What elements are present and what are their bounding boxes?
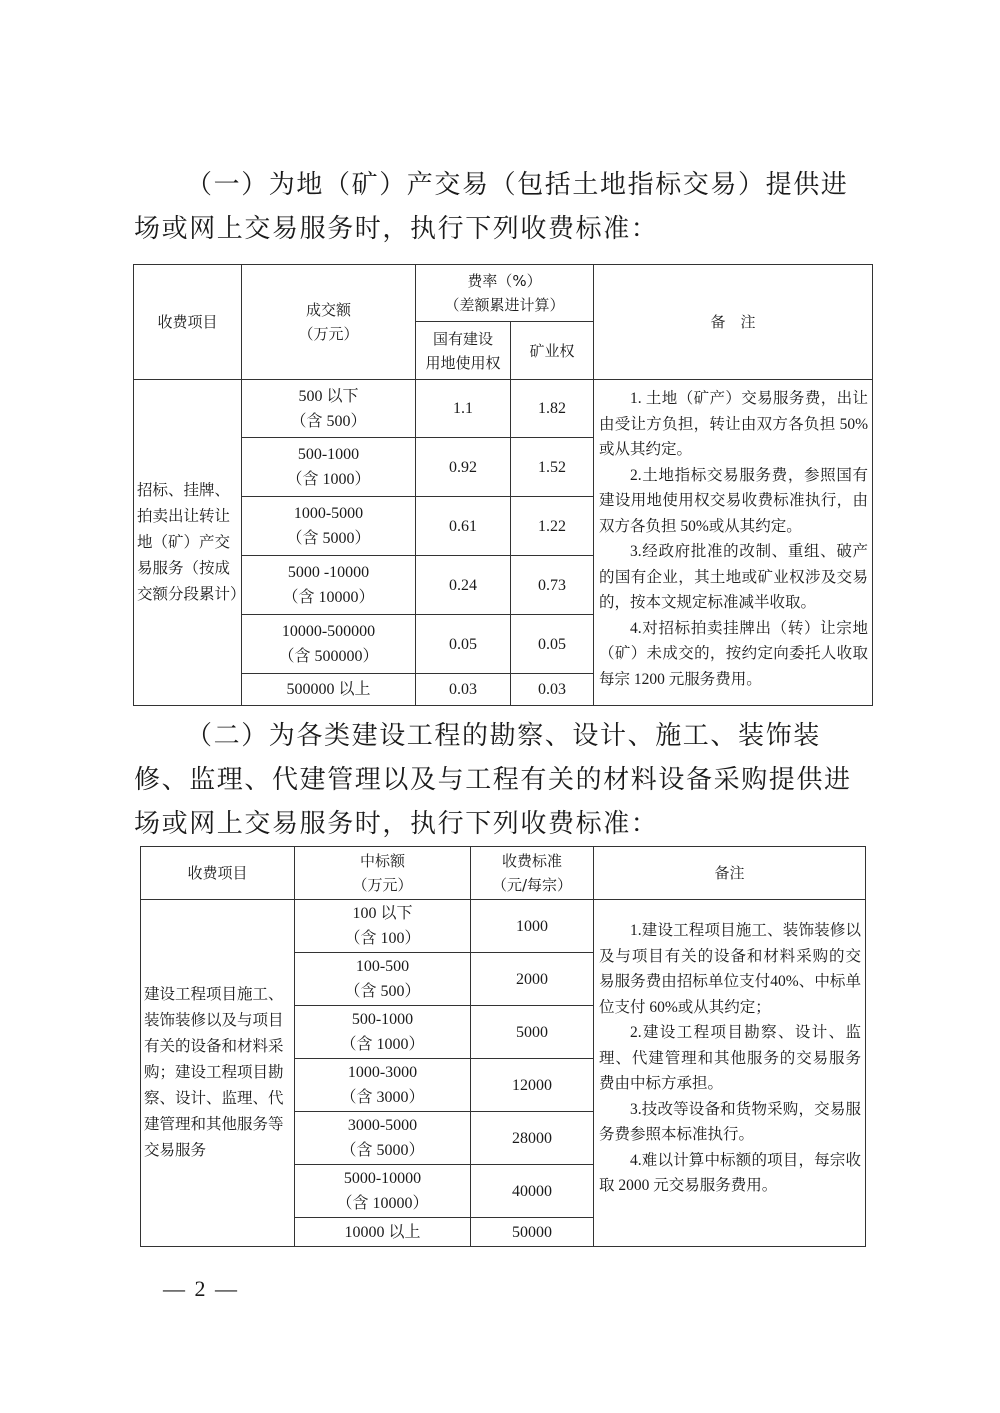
page-number: — 2 — <box>163 1276 239 1302</box>
fee-cell: 1000 <box>471 900 594 953</box>
land-rate-cell: 1.1 <box>416 380 511 438</box>
header-amount-line2: （万元） <box>295 873 470 897</box>
header-amount: 成交额 （万元） <box>242 265 416 380</box>
range-line1: 1000-3000 <box>295 1060 470 1085</box>
range-cell: 500-1000（含 1000） <box>295 1006 471 1059</box>
header-fee: 收费标准 （元/每宗） <box>471 847 594 900</box>
range-cell: 1000-5000（含 5000） <box>242 497 416 556</box>
note-1: 1.建设工程项目施工、装饰装修以及与项目有关的设备和材料采购的交易服务费由招标单… <box>599 918 861 1020</box>
note-3: 3.技改等设备和货物采购，交易服务费参照本标准执行。 <box>599 1097 861 1148</box>
range-line1: 100 以下 <box>295 901 470 926</box>
note-cell: 1. 土地（矿产）交易服务费，出让由受让方负担，转让由双方各负担 50%或从其约… <box>594 380 873 706</box>
land-fee-table: 收费项目 成交额 （万元） 费率（%） （差额累进计算） 备 注 国有建设 用地… <box>133 264 873 706</box>
fee-cell: 40000 <box>471 1165 594 1218</box>
range-line2: （含 5000） <box>242 526 415 551</box>
range-line2: （含 1000） <box>295 1032 470 1057</box>
range-line1: 1000-5000 <box>242 501 415 526</box>
range-line1: 3000-5000 <box>295 1113 470 1138</box>
table-row: 建设工程项目施工、装饰装修以及与项目有关的设备和材料采购；建设工程项目勘察、设计… <box>141 900 866 953</box>
fee-cell: 50000 <box>471 1218 594 1247</box>
header-amount: 中标额 （万元） <box>295 847 471 900</box>
range-line2: （含 500） <box>242 409 415 434</box>
land-rate-cell: 0.61 <box>416 497 511 556</box>
range-cell: 1000-3000（含 3000） <box>295 1059 471 1112</box>
item-cell: 建设工程项目施工、装饰装修以及与项目有关的设备和材料采购；建设工程项目勘察、设计… <box>141 900 295 1247</box>
fee-cell: 28000 <box>471 1112 594 1165</box>
header-mining-right: 矿业权 <box>511 322 594 380</box>
note-cell: 1.建设工程项目施工、装饰装修以及与项目有关的设备和材料采购的交易服务费由招标单… <box>594 900 866 1247</box>
header-fee-line2: （元/每宗） <box>471 873 593 897</box>
header-land-use-right: 国有建设 用地使用权 <box>416 322 511 380</box>
mining-rate-cell: 1.52 <box>511 438 594 497</box>
header-land-line1: 国有建设 <box>416 327 510 351</box>
mining-rate-cell: 0.73 <box>511 556 594 615</box>
header-land-line2: 用地使用权 <box>416 351 510 375</box>
range-cell: 500-1000（含 1000） <box>242 438 416 497</box>
header-note: 备注 <box>594 847 866 900</box>
mining-rate-cell: 1.82 <box>511 380 594 438</box>
fee-cell: 2000 <box>471 953 594 1006</box>
range-line1: 500 以下 <box>242 384 415 409</box>
range-line1: 100-500 <box>295 954 470 979</box>
note-4: 4.对招标拍卖挂牌出（转）让宗地（矿）未成交的，按约定向委托人收取每宗 1200… <box>599 616 868 693</box>
range-line2: （含 10000） <box>242 585 415 610</box>
range-line2: （含 100） <box>295 926 470 951</box>
range-line1: 10000-500000 <box>242 619 415 644</box>
construction-fee-table: 收费项目 中标额 （万元） 收费标准 （元/每宗） 备注 建设工程项目施工、装饰… <box>140 846 866 1247</box>
mining-rate-cell: 0.05 <box>511 615 594 674</box>
fee-cell: 5000 <box>471 1006 594 1059</box>
land-rate-cell: 0.24 <box>416 556 511 615</box>
note-2: 2.土地指标交易服务费，参照国有建设用地使用权交易收费标准执行，由双方各负担 5… <box>599 463 868 540</box>
section2-heading-text: （二）为各类建设工程的勘察、设计、施工、装饰装修、监理、代建管理以及与工程有关的… <box>134 721 852 839</box>
header-rate: 费率（%） （差额累进计算） <box>416 265 594 322</box>
header-rate-line2: （差额累进计算） <box>416 293 593 317</box>
range-cell: 3000-5000（含 5000） <box>295 1112 471 1165</box>
header-fee-line1: 收费标准 <box>471 849 593 873</box>
mining-rate-cell: 1.22 <box>511 497 594 556</box>
range-cell: 10000 以上 <box>295 1218 471 1247</box>
section1-heading: （一）为地（矿）产交易（包括土地指标交易）提供进场或网上交易服务时，执行下列收费… <box>134 163 874 251</box>
note-2: 2.建设工程项目勘察、设计、监理、代建管理和其他服务的交易服务费由中标方承担。 <box>599 1020 861 1097</box>
range-line1: 5000-10000 <box>295 1166 470 1191</box>
range-line1: 500-1000 <box>295 1007 470 1032</box>
item-cell: 招标、挂牌、拍卖出让转让地（矿）产交易服务（按成交额分段累计） <box>134 380 242 706</box>
range-cell: 100 以下（含 100） <box>295 900 471 953</box>
header-note: 备 注 <box>594 265 873 380</box>
range-line1: 500-1000 <box>242 442 415 467</box>
note-4: 4.难以计算中标额的项目，每宗收取 2000 元交易服务费用。 <box>599 1148 861 1199</box>
fee-cell: 12000 <box>471 1059 594 1112</box>
land-rate-cell: 0.92 <box>416 438 511 497</box>
range-line1: 5000 -10000 <box>242 560 415 585</box>
header-amount-line1: 中标额 <box>295 849 470 873</box>
range-cell: 10000-500000（含 500000） <box>242 615 416 674</box>
range-cell: 500 以下（含 500） <box>242 380 416 438</box>
mining-rate-cell: 0.03 <box>511 674 594 706</box>
range-line2: （含 10000） <box>295 1191 470 1216</box>
table-row: 招标、挂牌、拍卖出让转让地（矿）产交易服务（按成交额分段累计） 500 以下（含… <box>134 380 873 438</box>
header-amount-line2: （万元） <box>242 322 415 346</box>
range-cell: 500000 以上 <box>242 674 416 706</box>
range-line2: （含 1000） <box>242 467 415 492</box>
land-rate-cell: 0.03 <box>416 674 511 706</box>
header-item: 收费项目 <box>134 265 242 380</box>
range-line2: （含 5000） <box>295 1138 470 1163</box>
section2-heading: （二）为各类建设工程的勘察、设计、施工、装饰装修、监理、代建管理以及与工程有关的… <box>134 714 874 846</box>
land-rate-cell: 0.05 <box>416 615 511 674</box>
header-rate-line1: 费率（%） <box>416 269 593 293</box>
range-cell: 100-500（含 500） <box>295 953 471 1006</box>
range-line2: （含 500000） <box>242 644 415 669</box>
range-cell: 5000-10000（含 10000） <box>295 1165 471 1218</box>
note-1: 1. 土地（矿产）交易服务费，出让由受让方负担，转让由双方各负担 50%或从其约… <box>599 386 868 463</box>
header-item: 收费项目 <box>141 847 295 900</box>
range-cell: 5000 -10000（含 10000） <box>242 556 416 615</box>
header-amount-line1: 成交额 <box>242 298 415 322</box>
range-line2: （含 500） <box>295 979 470 1004</box>
section1-heading-text: （一）为地（矿）产交易（包括土地指标交易）提供进场或网上交易服务时，执行下列收费… <box>134 170 848 244</box>
range-line2: （含 3000） <box>295 1085 470 1110</box>
note-3: 3.经政府批准的改制、重组、破产的国有企业，其土地或矿业权涉及交易的，按本文规定… <box>599 539 868 616</box>
